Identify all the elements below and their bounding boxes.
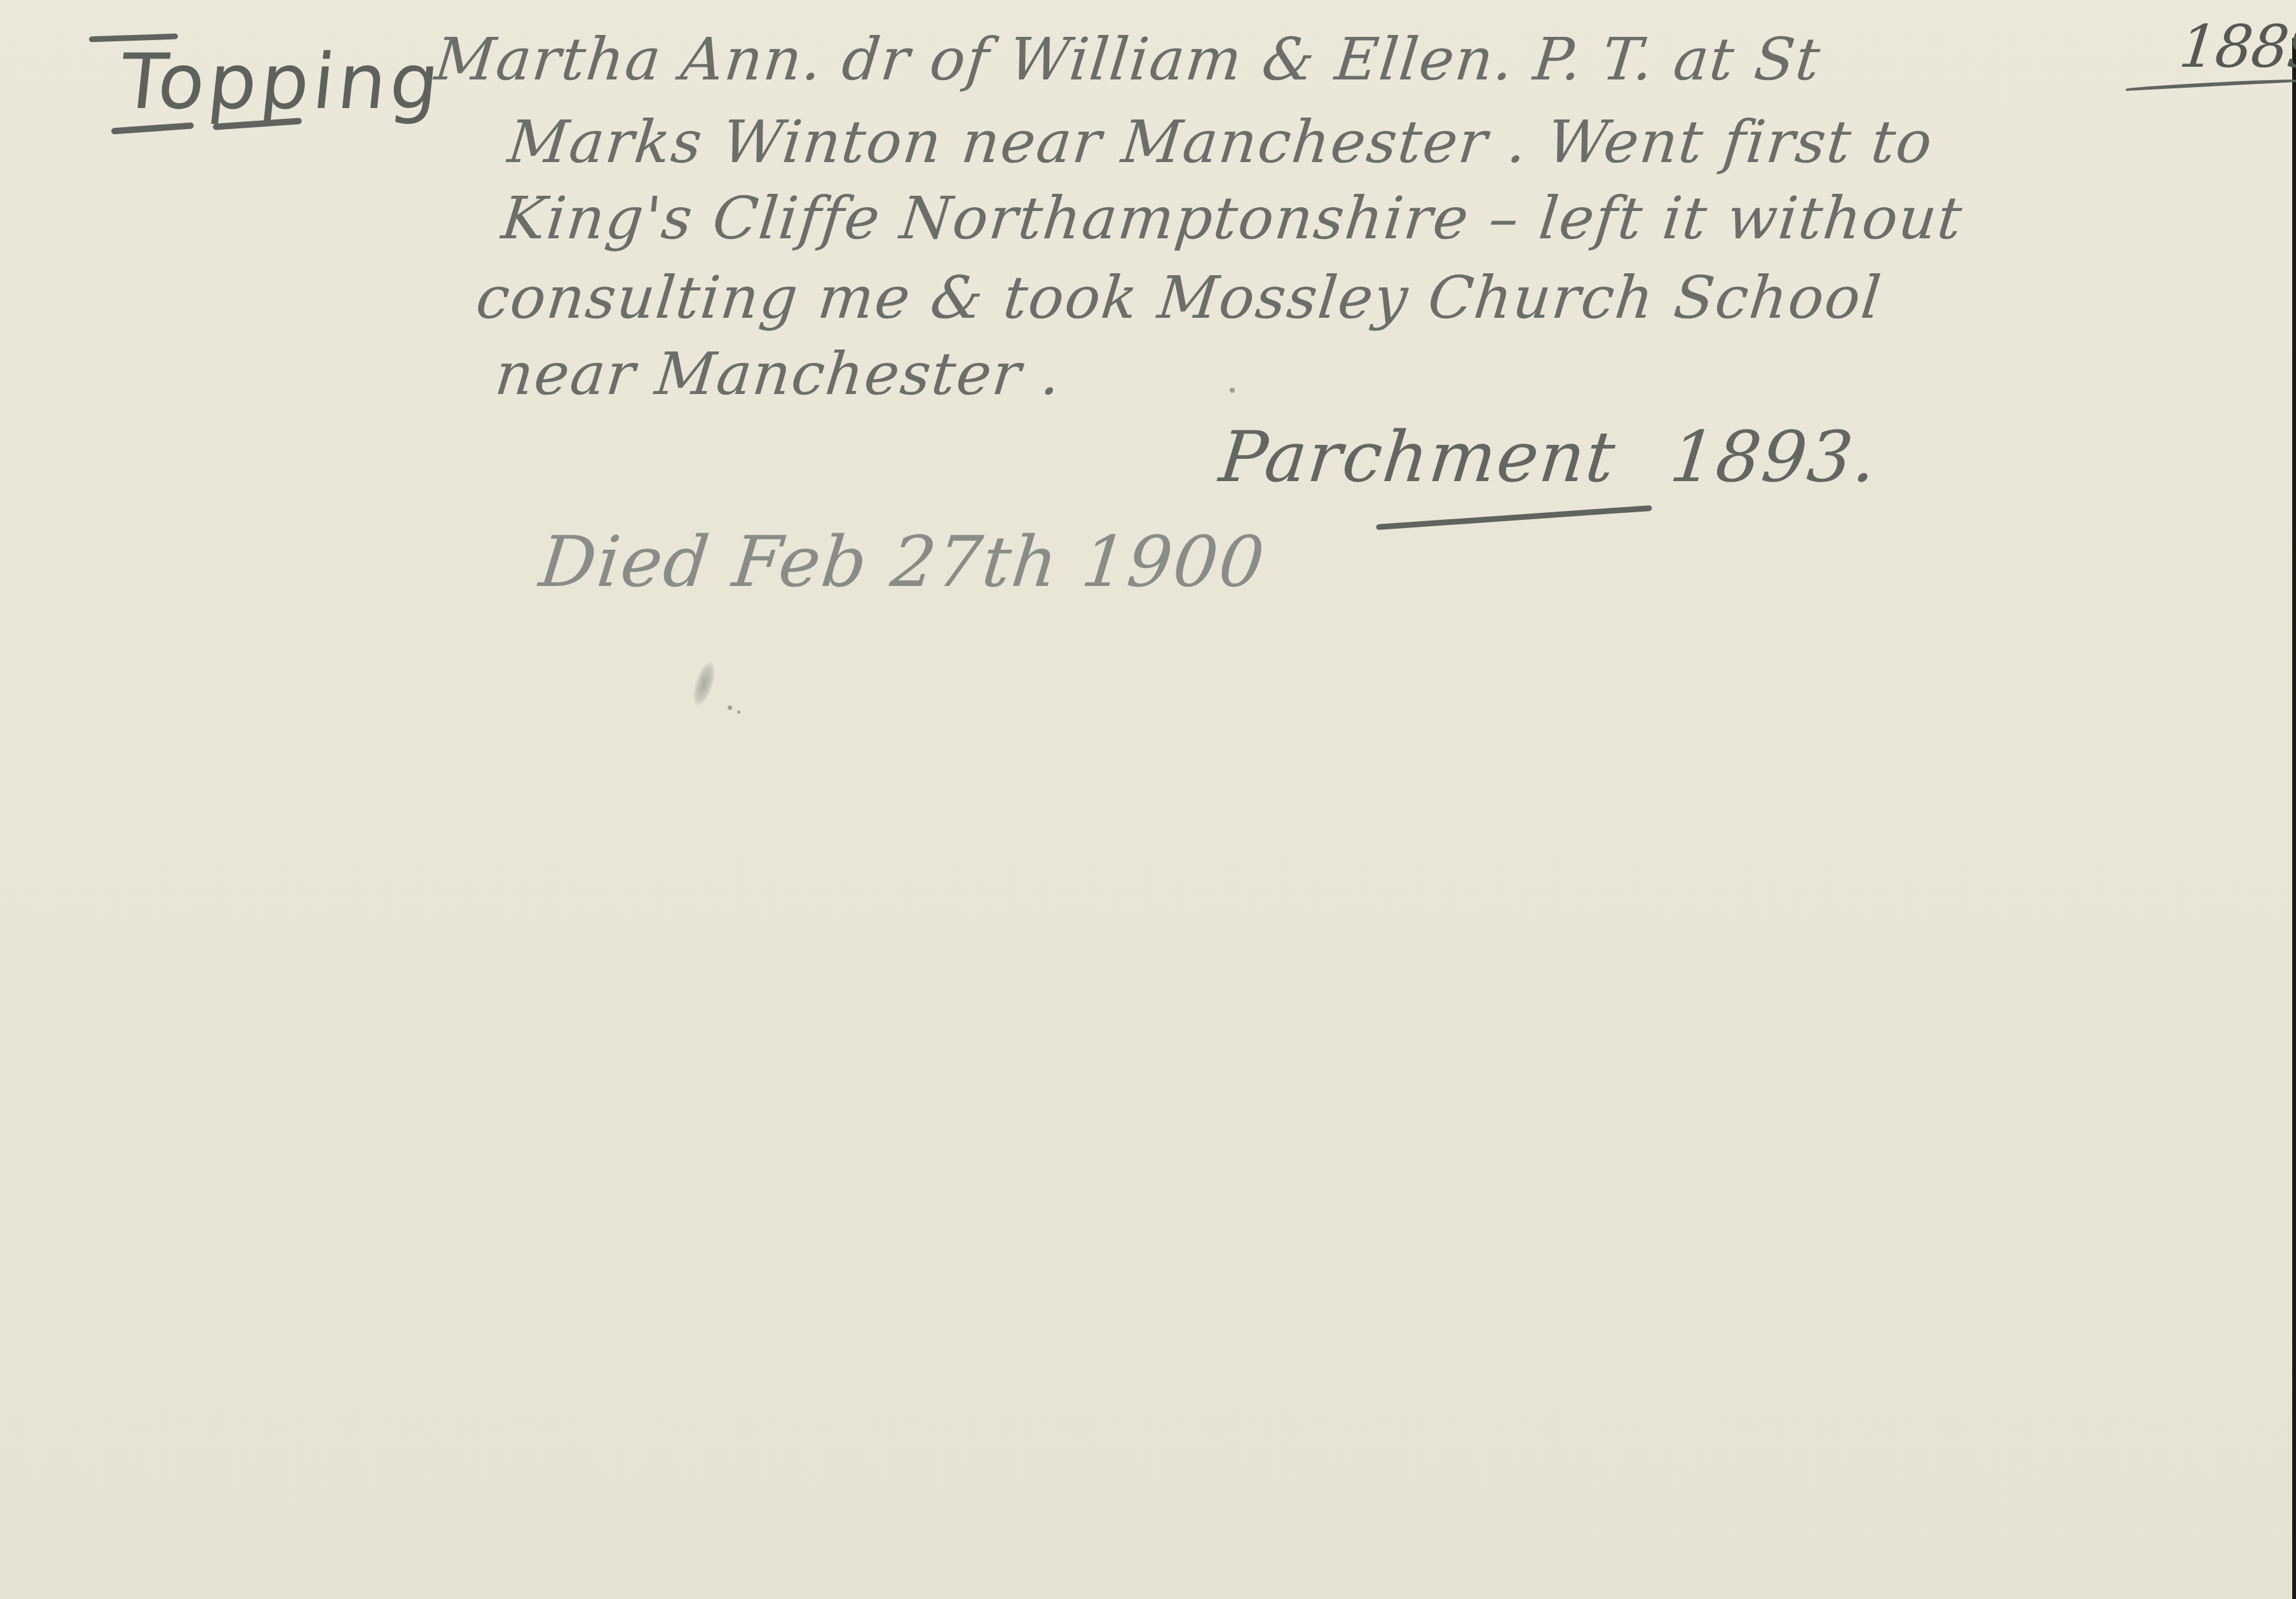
surname-heading: Topping [116,38,447,126]
entry-line-4: consulting me & took Mossley Church Scho… [473,264,1885,332]
parchment-label: Parchment [1216,416,1620,498]
entry-line-2: Marks Winton near Manchester . Went firs… [505,108,1936,176]
death-note: Died Feb 27th 1900 [536,521,1269,602]
parchment-year: 1893. [1666,416,1881,498]
parchment-underline [1376,505,1652,530]
parchment-note: Parchment 1893. [1216,416,1881,498]
scan-edge-strip [2292,38,2296,1599]
ink-smudge [689,660,719,709]
ink-speck [737,711,740,714]
period-speck [1230,388,1235,393]
ink-speck [728,705,732,710]
entry-line-5: near Manchester . [492,340,1065,408]
margin-year: 1889 [2176,13,2296,81]
record-card: Topping Martha Ann. dr of William & Elle… [0,0,2296,1599]
entry-line-3: King's Cliffe Northamptonshire – left it… [498,184,1966,252]
entry-line-1: Martha Ann. dr of William & Ellen. P. T.… [431,25,1824,93]
